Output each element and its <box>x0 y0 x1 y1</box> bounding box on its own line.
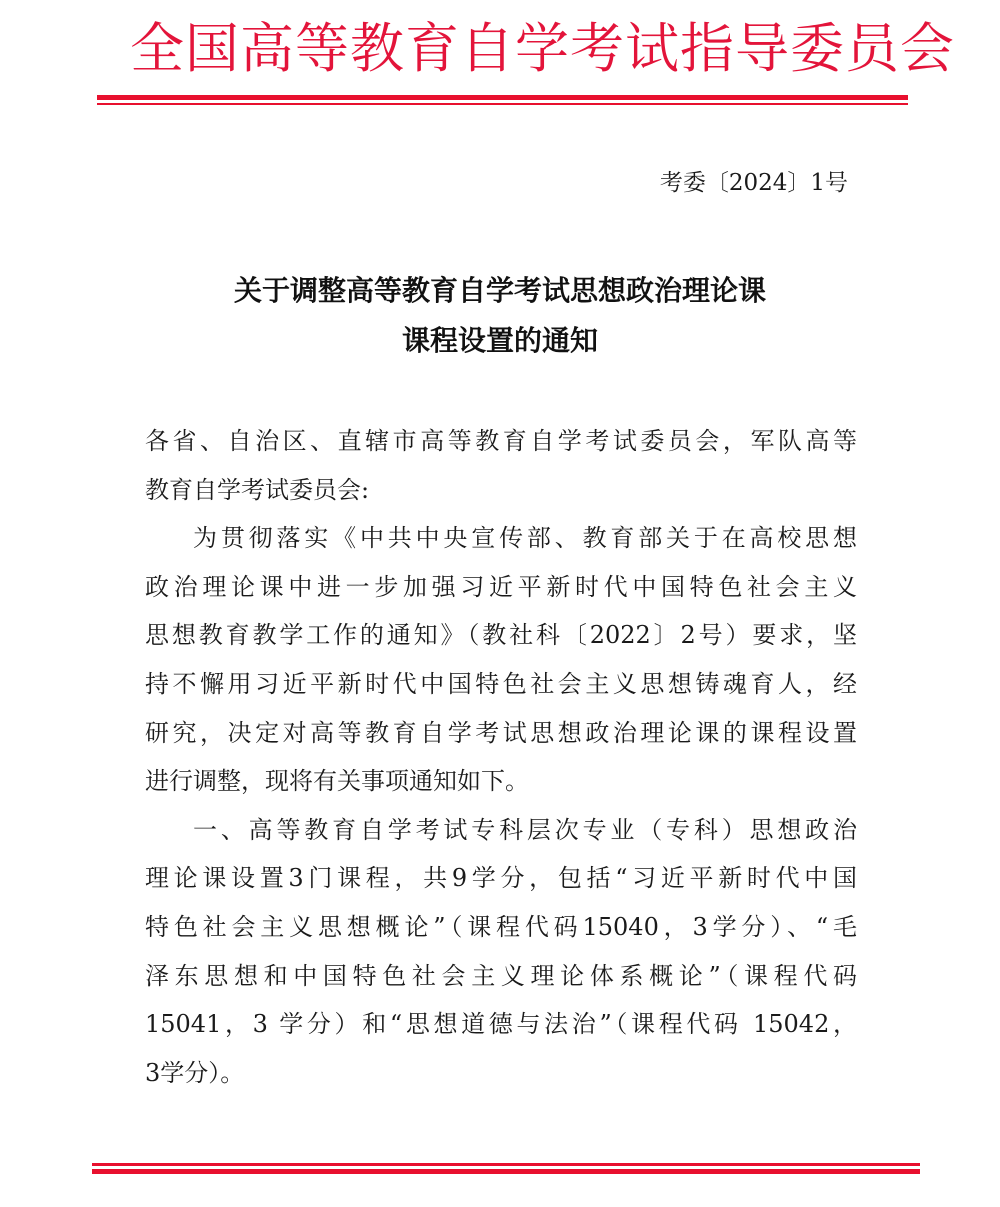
footer-rule-thick <box>92 1169 920 1174</box>
title-line: 课程设置的通知 <box>150 316 850 366</box>
title-line: 关于调整高等教育自学考试思想政治理论课 <box>150 266 850 316</box>
paragraph-line: 特色社会主义思想概论”（课程代码15040，3学分）、“毛 <box>145 903 857 952</box>
document-body: 各省、自治区、直辖市高等教育自学考试委员会，军队高等 教育自学考试委员会: 为贯… <box>145 417 857 1097</box>
paragraph-line: 一、高等教育自学考试专科层次专业（专科）思想政治 <box>145 806 857 855</box>
organization-name: 全国高等教育自学考试指导委员会 <box>130 14 890 84</box>
paragraph-line: 理论课设置3门课程，共9学分，包括“习近平新时代中国 <box>145 854 857 903</box>
paragraph-line: 研究，决定对高等教育自学考试思想政治理论课的课程设置 <box>145 709 857 758</box>
paragraph-line: 为贯彻落实《中共中央宣传部、教育部关于在高校思想 <box>145 514 857 563</box>
document-number: 考委〔2024〕1号 <box>660 168 848 198</box>
document-title: 关于调整高等教育自学考试思想政治理论课 课程设置的通知 <box>150 266 850 366</box>
paragraph-line: 思想教育教学工作的通知》（教社科〔2022〕2号）要求，坚 <box>145 611 857 660</box>
footer-rule-thin <box>92 1163 920 1166</box>
salutation-line: 教育自学考试委员会: <box>145 466 857 515</box>
header-rule-thick <box>97 95 908 100</box>
salutation-line: 各省、自治区、直辖市高等教育自学考试委员会，军队高等 <box>145 417 857 466</box>
header-rule-thin <box>97 103 908 105</box>
paragraph-line: 持不懈用习近平新时代中国特色社会主义思想铸魂育人，经 <box>145 660 857 709</box>
paragraph-line: 3学分）。 <box>145 1049 857 1098</box>
paragraph-line: 进行调整，现将有关事项通知如下。 <box>145 757 857 806</box>
paragraph-line: 泽东思想和中国特色社会主义理论体系概论”（课程代码 <box>145 952 857 1001</box>
paragraph-line: 15041，3 学分）和“思想道德与法治”（课程代码 15042， <box>145 1000 857 1049</box>
paragraph-line: 政治理论课中进一步加强习近平新时代中国特色社会主义 <box>145 563 857 612</box>
